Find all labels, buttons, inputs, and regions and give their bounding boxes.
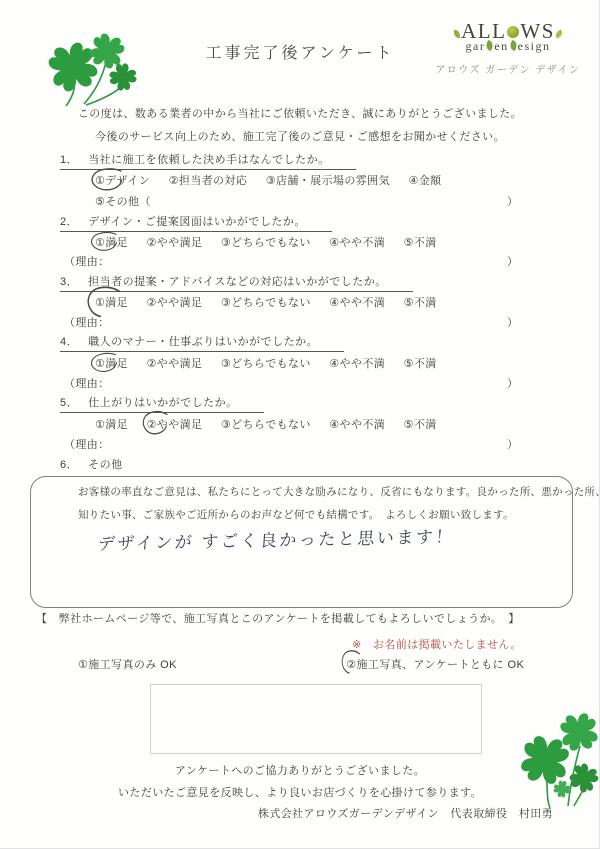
reason-q4[interactable]: （理由： [64,375,110,391]
name-box[interactable] [150,684,482,754]
intro-line-1: この度は、数ある業者の中から当社にご依頼いただき、誠にありがとうございました。 [0,105,600,121]
question-4-heading: 4．職人のマナー・仕事ぶりはいかがでしたか。 [60,333,344,352]
option-publish-1[interactable]: ①施工写真のみ OK [78,656,177,672]
option-q5-4[interactable]: ④やや不満 [329,416,385,432]
option-q4-3[interactable]: ③どちらでもない [221,355,311,371]
question-5-heading: 5．仕上がりはいかがでしたか。 [60,394,264,413]
question-text: 当社に施工を依頼した決め手はなんでしたか。 [88,154,330,166]
close-paren: ） [507,314,518,330]
option-q1-other[interactable]: ⑤その他（ [95,193,151,209]
comment-box-line-1: お客様の率直なご意見は、私たちにとって大きな励みになり、反省にもなります。良かっ… [78,484,600,499]
intro-line-2: 今後のサービス向上のため、施工完了後のご意見・ご感想をお聞かせください。 [0,128,600,144]
option-q2-1[interactable]: ①満足 [95,234,128,250]
close-paren: ） [507,436,518,452]
option-q2-4[interactable]: ④やや不満 [329,234,385,250]
question-6-heading: 6．その他 [60,456,123,472]
reason-q2[interactable]: （理由： [64,253,110,269]
question-number: 4． [60,336,78,348]
option-q5-1[interactable]: ①満足 [95,416,128,432]
option-q1-1[interactable]: ①デザイン [95,172,150,188]
tagline-part: en [494,39,508,53]
option-q3-4[interactable]: ④やや不満 [329,294,385,310]
question-text: 担当者の提案・アドバイスなどの対応はいかがでしたか。 [88,276,387,288]
logo-ball-icon [507,26,519,38]
question-3-heading: 3．担当者の提案・アドバイスなどの対応はいかがでしたか。 [60,273,413,292]
tagline-part: esign [518,39,551,53]
leaf-icon [554,29,564,38]
question-number: 5． [60,397,78,409]
privacy-note: ※ お名前は掲載いたしません。 [352,636,522,652]
question-text: 職人のマナー・仕事ぶりはいかがでしたか。 [88,336,318,348]
question-4-options: ①満足 ②やや満足 ③どちらでもない ④やや不満 ⑤不満 [95,355,452,371]
reason-q5[interactable]: （理由： [64,436,110,452]
question-number: 6． [60,459,78,471]
option-q1-3[interactable]: ③店舗・展示場の雰囲気 [266,172,390,188]
close-paren: ） [507,375,518,391]
question-2-options: ①満足 ②やや満足 ③どちらでもない ④やや不満 ⑤不満 [95,234,452,250]
option-q3-1[interactable]: ①満足 [95,294,128,310]
option-q5-2[interactable]: ②やや満足 [147,416,203,432]
option-q2-5[interactable]: ⑤不満 [404,234,437,250]
question-3-options: ①満足 ②やや満足 ③どちらでもない ④やや不満 ⑤不満 [95,294,452,310]
company-signature: 株式会社アロウズガーデンデザイン 代表取締役 村田勇 [258,805,553,821]
reason-q3[interactable]: （理由： [64,314,110,330]
question-2-heading: 2．デザイン・ご提案図面はいかがでしたか。 [60,213,332,232]
question-number: 3． [60,276,78,288]
option-q4-1[interactable]: ①満足 [95,355,128,371]
option-q4-2[interactable]: ②やや満足 [147,355,203,371]
question-1-heading: 1．当社に施工を依頼した決め手はなんでしたか。 [60,151,356,170]
question-text: デザイン・ご提案図面はいかがでしたか。 [88,216,306,228]
survey-page: 工事完了後アンケート ALLWS garenesign アロウズ ガーデン デザ… [0,0,600,849]
company-logo: ALLWS garenesign アロウズ ガーデン デザイン [424,20,592,76]
option-publish-2[interactable]: ②施工写真、アンケートともに OK [346,656,524,672]
option-q5-3[interactable]: ③どちらでもない [221,416,311,432]
option-q3-3[interactable]: ③どちらでもない [221,294,311,310]
option-q3-2[interactable]: ②やや満足 [147,294,203,310]
question-number: 1． [60,154,78,166]
clover-decoration-top-left [42,26,147,108]
close-paren: ） [507,253,518,269]
option-q1-2[interactable]: ②担当者の対応 [169,172,248,188]
option-q4-5[interactable]: ⑤不満 [404,355,437,371]
option-q4-4[interactable]: ④やや不満 [329,355,385,371]
option-q5-5[interactable]: ⑤不満 [404,416,437,432]
option-q3-5[interactable]: ⑤不満 [404,294,437,310]
leaf-icon [454,30,460,38]
logo-katakana: アロウズ ガーデン デザイン [424,61,592,76]
question-1-options: ①デザイン ②担当者の対応 ③店舗・展示場の雰囲気 ④金額 [95,172,457,188]
option-q1-4[interactable]: ④金額 [408,172,441,188]
option-q2-2[interactable]: ②やや満足 [147,234,203,250]
question-5-options: ①満足 ②やや満足 ③どちらでもない ④やや不満 ⑤不満 [95,416,452,432]
publish-question: 【 弊社ホームページ等で、施工写真とこのアンケートを掲載してもよろしいでしょうか… [36,610,520,626]
option-q2-3[interactable]: ③どちらでもない [221,234,311,250]
question-text: 仕上がりはいかがでしたか。 [88,397,238,409]
clover-decoration-bottom-right [510,692,600,810]
comment-box-line-2: 知りたい事、ご家族やご近所からのお声など何でも結構です。 よろしくお願い致します… [78,507,514,522]
tagline-part: gar [466,39,486,53]
question-text: その他 [88,459,123,471]
question-number: 2． [60,216,78,228]
logo-tagline: garenesign [424,39,592,54]
close-paren: ） [507,193,518,209]
